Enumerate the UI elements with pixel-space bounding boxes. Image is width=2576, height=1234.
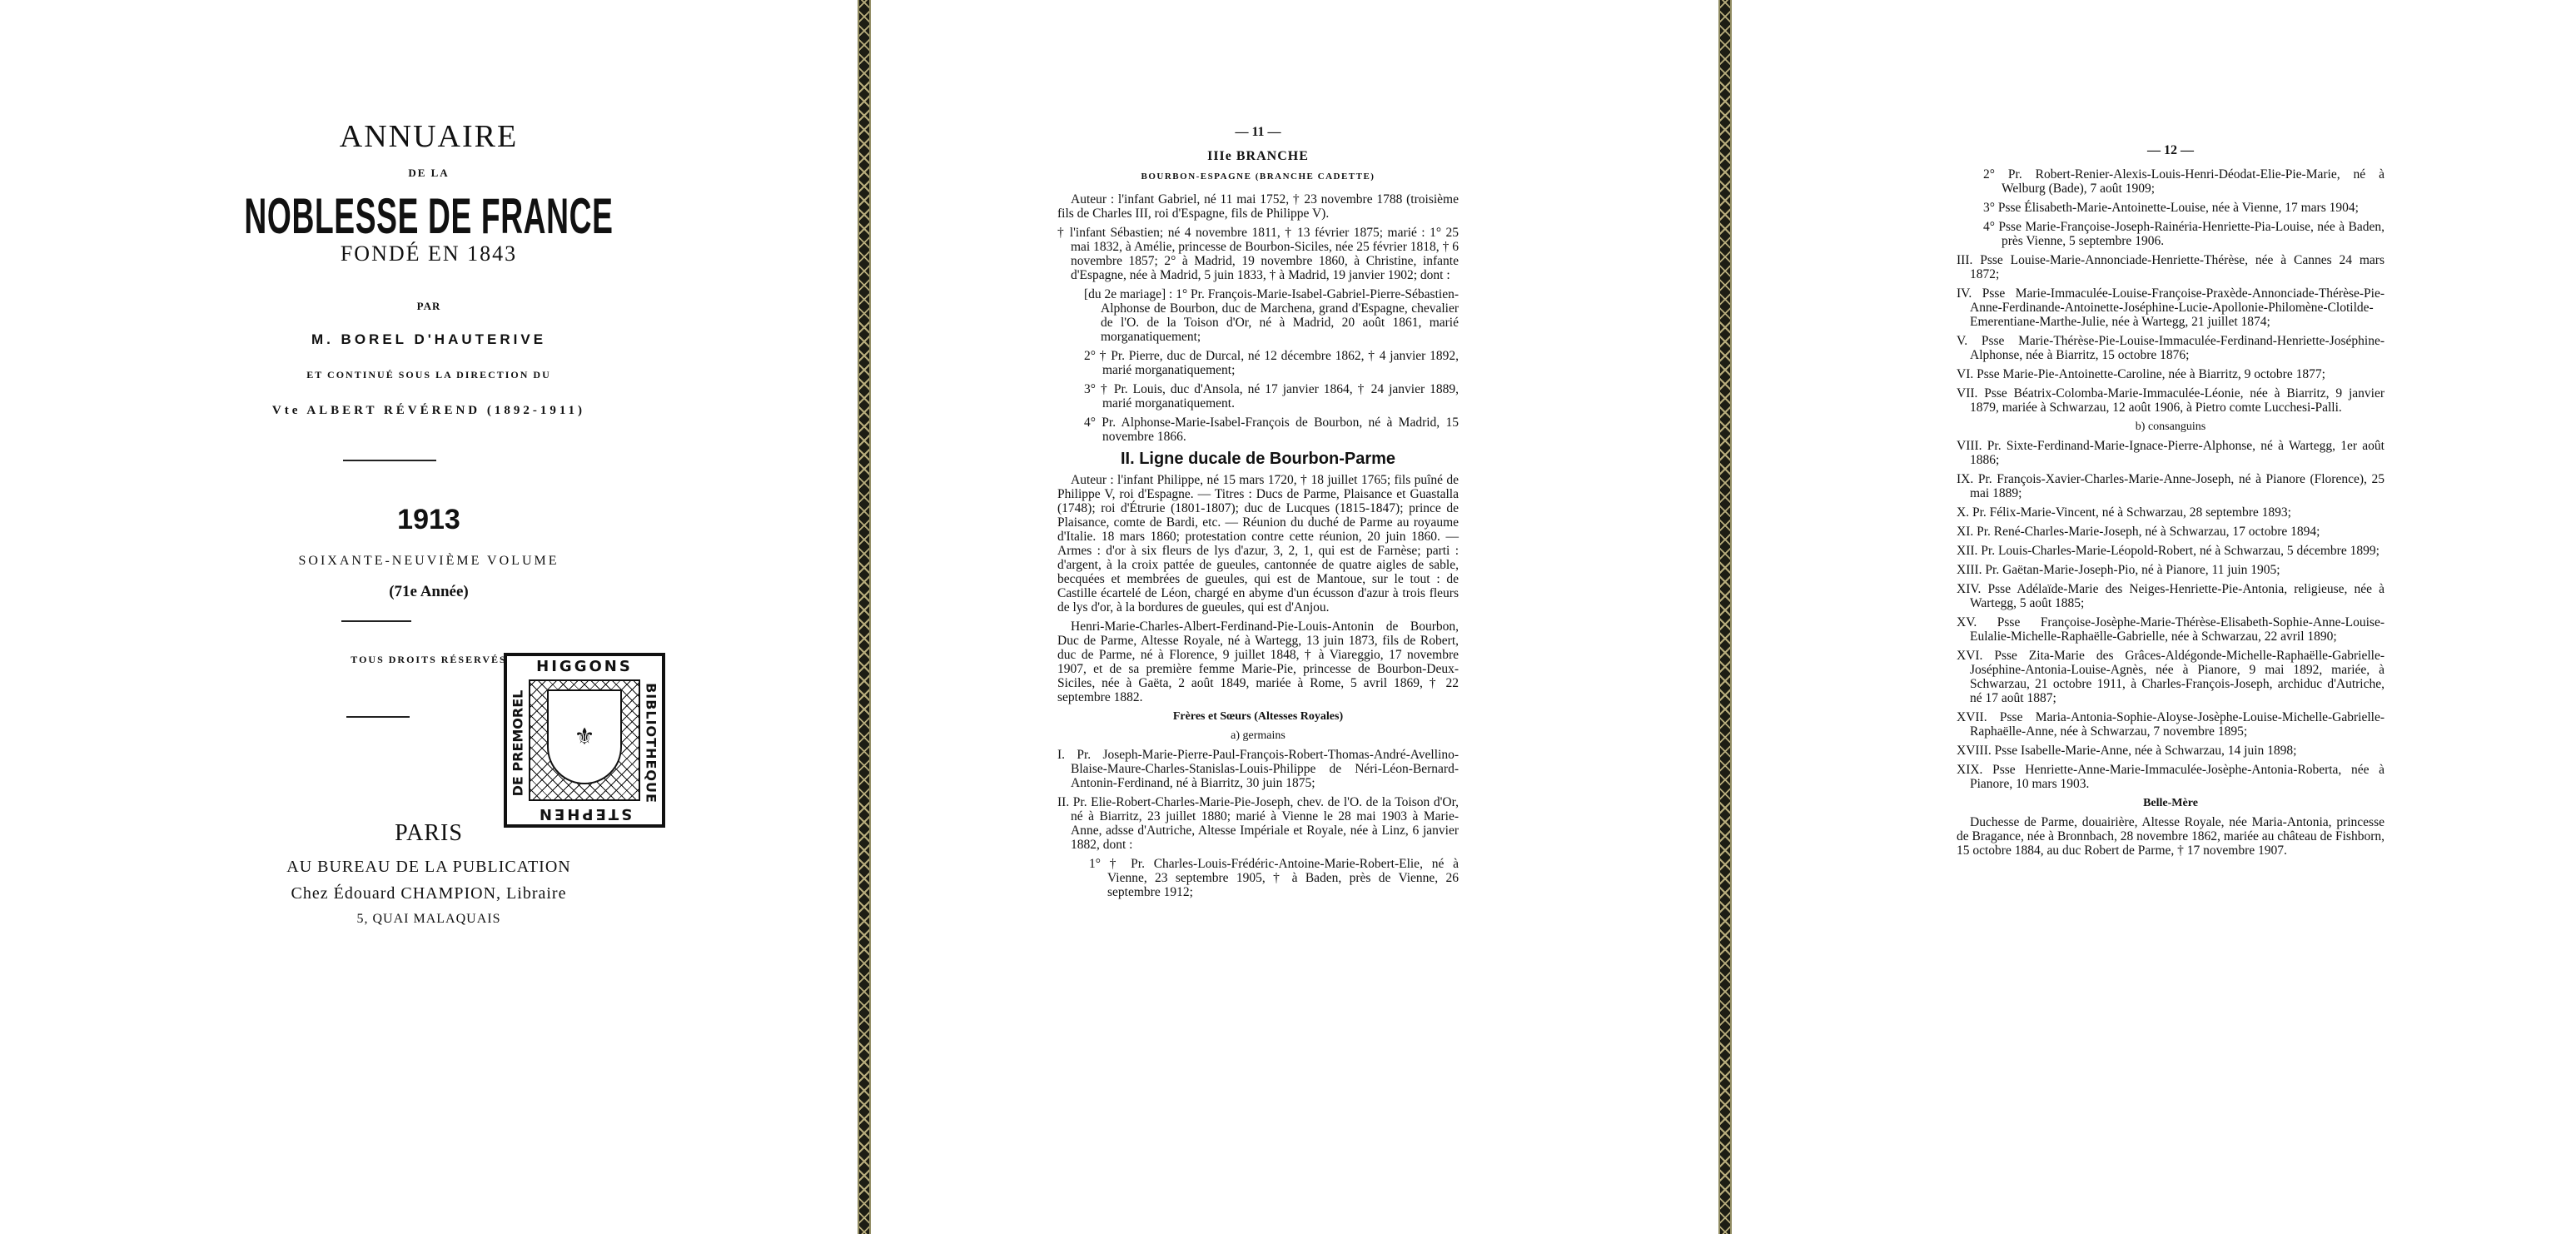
list-item: 4° Pr. Alphonse-Marie-Isabel-François de… xyxy=(1079,415,1459,444)
list-item: VI. Psse Marie-Pie-Antoinette-Caroline, … xyxy=(1957,367,2385,381)
section-heading: II. Ligne ducale de Bourbon-Parme xyxy=(1057,452,1459,466)
list-item: XVI. Psse Zita-Marie des Grâces-Aldégond… xyxy=(1957,649,2385,705)
title-continued: ET CONTINUÉ SOUS LA DIRECTION DU xyxy=(0,369,858,381)
page-11-text: — 11 — IIIe BRANCHE BOURBON-ESPAGNE (BRA… xyxy=(1057,125,1459,904)
page-separator xyxy=(1718,0,1732,1234)
page-12-text: — 12 — 2° Pr. Robert-Renier-Alexis-Louis… xyxy=(1957,143,2385,863)
title-rights: TOUS DROITS RÉSERVÉS xyxy=(0,654,858,666)
list-item: XIX. Psse Henriette-Anne-Marie-Immaculée… xyxy=(1957,763,2385,791)
list-item: XIV. Psse Adélaïde-Marie des Neiges-Henr… xyxy=(1957,582,2385,610)
publisher-city: PARIS xyxy=(0,820,858,847)
stamp-top-text: HIGGONS xyxy=(507,658,662,675)
title-volume: SOIXANTE-NEUVIÈME VOLUME xyxy=(0,554,858,569)
list-item: II. Pr. Elie-Robert-Charles-Marie-Pie-Jo… xyxy=(1057,795,1459,852)
title-year: 1913 xyxy=(0,504,858,536)
title-founded: FONDÉ EN 1843 xyxy=(0,241,858,266)
list-item: IV. Psse Marie-Immaculée-Louise-François… xyxy=(1957,286,2385,329)
list-item: 1° † Pr. Charles-Louis-Frédéric-Antoine-… xyxy=(1077,857,1459,899)
list-item: 2° Pr. Robert-Renier-Alexis-Louis-Henri-… xyxy=(1978,167,2385,196)
library-stamp: HIGGONS ⚜ DE PREMOREL BIBLIOTHEQUE STEPH… xyxy=(504,653,665,828)
list-item: XV. Psse Françoise-Josèphe-Marie-Thérèse… xyxy=(1957,615,2385,644)
list-item: XVIII. Psse Isabelle-Marie-Anne, née à S… xyxy=(1957,744,2385,758)
title-par: PAR xyxy=(0,300,858,313)
list-item: I. Pr. Joseph-Marie-Pierre-Paul-François… xyxy=(1057,748,1459,790)
paragraph: Auteur : l'infant Gabriel, né 11 mai 175… xyxy=(1057,192,1459,221)
branch-subheading: BOURBON-ESPAGNE (BRANCHE CADETTE) xyxy=(1057,170,1459,184)
page-11: — 11 — IIIe BRANCHE BOURBON-ESPAGNE (BRA… xyxy=(873,0,1718,1234)
list-item: 3° Psse Élisabeth-Marie-Antoinette-Louis… xyxy=(1978,201,2385,215)
title-de-la: DE LA xyxy=(0,167,858,180)
list-item: VII. Psse Béatrix-Colomba-Marie-Immaculé… xyxy=(1957,386,2385,415)
title-author: M. BOREL D'HAUTERIVE xyxy=(0,331,858,348)
list-item: V. Psse Marie-Thérèse-Pie-Louise-Immacul… xyxy=(1957,334,2385,362)
page-separator xyxy=(858,0,871,1234)
paragraph: Auteur : l'infant Philippe, né 15 mars 1… xyxy=(1057,473,1459,615)
list-item: IX. Pr. François-Xavier-Charles-Marie-An… xyxy=(1957,472,2385,500)
list-item: VIII. Pr. Sixte-Ferdinand-Marie-Ignace-P… xyxy=(1957,439,2385,467)
list-item: 3° † Pr. Louis, duc d'Ansola, né 17 janv… xyxy=(1079,382,1459,411)
list-item: X. Pr. Félix-Marie-Vincent, né à Schwarz… xyxy=(1957,505,2385,520)
paragraph: Duchesse de Parme, douairière, Altesse R… xyxy=(1957,815,2385,858)
publisher-line-3: 5, QUAI MALAQUAIS xyxy=(0,912,858,927)
belle-mere-heading: Belle-Mère xyxy=(1957,796,2385,810)
stamp-left-text: DE PREMOREL xyxy=(510,681,526,806)
list-item: XI. Pr. René-Charles-Marie-Joseph, né à … xyxy=(1957,525,2385,539)
page-12: — 12 — 2° Pr. Robert-Renier-Alexis-Louis… xyxy=(1733,0,2576,1234)
list-item: 2° † Pr. Pierre, duc de Durcal, né 12 dé… xyxy=(1079,349,1459,377)
page-number: — 11 — xyxy=(1057,125,1459,139)
list-item: [du 2e mariage] : 1° Pr. François-Marie-… xyxy=(1066,287,1459,344)
consanguins-heading: b) consanguins xyxy=(1957,420,2385,434)
title-annee: (71e Année) xyxy=(0,583,858,601)
paragraph: † l'infant Sébastien; né 4 novembre 1811… xyxy=(1057,226,1459,282)
coat-of-arms-icon: ⚜ xyxy=(547,689,622,784)
siblings-heading: Frères et Sœurs (Altesses Royales) xyxy=(1057,709,1459,724)
list-item: XIII. Pr. Gaëtan-Marie-Joseph-Pio, né à … xyxy=(1957,563,2385,577)
list-item: III. Psse Louise-Marie-Annonciade-Henrie… xyxy=(1957,253,2385,281)
title-noblesse: NOBLESSE DE FRANCE xyxy=(163,187,695,245)
divider-rule xyxy=(346,716,410,718)
list-item: XVII. Psse Maria-Antonia-Sophie-Aloyse-J… xyxy=(1957,710,2385,739)
title-director: Vte ALBERT RÉVÉREND (1892-1911) xyxy=(0,404,858,418)
divider-rule xyxy=(341,620,411,622)
publisher-line-2: Chez Édouard CHAMPION, Libraire xyxy=(0,884,858,903)
stamp-right-text: BIBLIOTHEQUE xyxy=(644,673,659,814)
list-item: XII. Pr. Louis-Charles-Marie-Léopold-Rob… xyxy=(1957,544,2385,558)
branch-heading: IIIe BRANCHE xyxy=(1057,149,1459,163)
publisher-line-1: AU BUREAU DE LA PUBLICATION xyxy=(0,858,858,877)
page-number: — 12 — xyxy=(1957,143,2385,157)
divider-rule xyxy=(343,460,436,461)
germains-heading: a) germains xyxy=(1057,729,1459,743)
stamp-field: ⚜ xyxy=(529,679,640,801)
list-item: 4° Psse Marie-Françoise-Joseph-Rainéria-… xyxy=(1978,220,2385,248)
paragraph: Henri-Marie-Charles-Albert-Ferdinand-Pie… xyxy=(1057,619,1459,704)
title-page: ANNUAIRE DE LA NOBLESSE DE FRANCE FONDÉ … xyxy=(0,0,858,1234)
title-annuaire: ANNUAIRE xyxy=(0,118,858,155)
